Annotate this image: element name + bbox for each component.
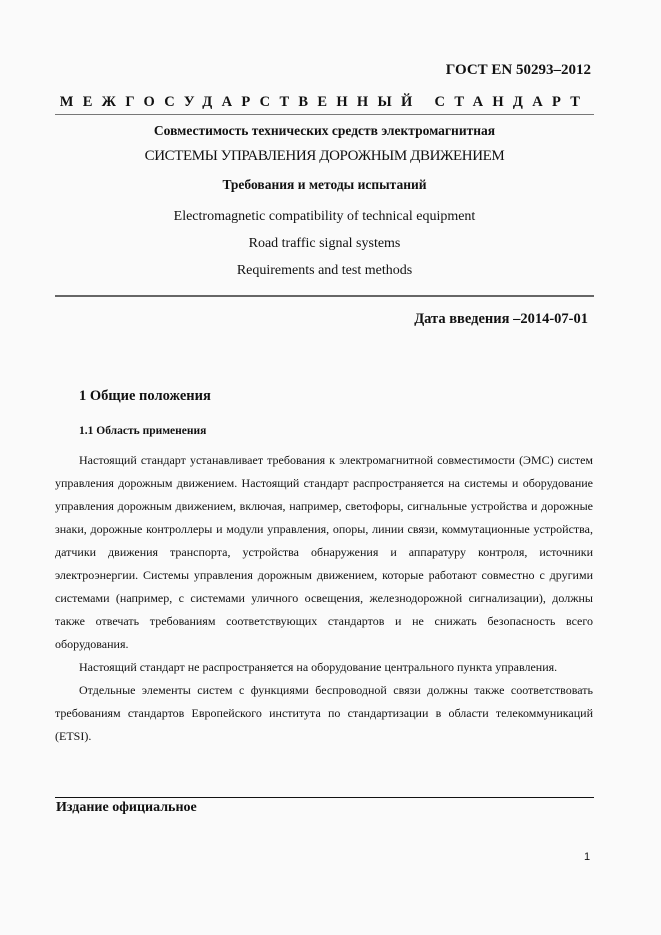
paragraph: Настоящий стандарт не распространяется н… bbox=[55, 656, 593, 679]
document-code: ГОСТ EN 50293–2012 bbox=[446, 62, 591, 79]
page-number: 1 bbox=[584, 851, 590, 863]
paragraph: Настоящий стандарт устанавливает требова… bbox=[55, 449, 593, 656]
top-divider bbox=[55, 114, 594, 115]
official-edition-label: Издание официальное bbox=[56, 800, 197, 816]
footer-divider bbox=[55, 797, 594, 798]
title-en-line-1: Electromagnetic compatibility of technic… bbox=[55, 209, 594, 225]
title-en-line-2: Road traffic signal systems bbox=[55, 236, 594, 252]
requirements-title-ru: Требования и методы испытаний bbox=[55, 177, 594, 193]
subtitle-ru: Совместимость технических средств электр… bbox=[55, 123, 594, 139]
section-heading: 1 Общие положения bbox=[79, 388, 211, 405]
subsection-heading: 1.1 Область применения bbox=[79, 425, 206, 437]
paragraph: Отдельные элементы систем с функциями бе… bbox=[55, 679, 593, 748]
document-title-ru: СИСТЕМЫ УПРАВЛЕНИЯ ДОРОЖНЫМ ДВИЖЕНИЕМ bbox=[55, 148, 594, 165]
interstate-standard-label: МЕЖГОСУДАРСТВЕННЫЙ СТАНДАРТ bbox=[55, 94, 594, 111]
title-en-line-3: Requirements and test methods bbox=[55, 263, 594, 279]
middle-divider bbox=[55, 295, 594, 297]
introduction-date: Дата введения –2014-07-01 bbox=[414, 311, 588, 328]
section-body: Настоящий стандарт устанавливает требова… bbox=[55, 449, 593, 748]
